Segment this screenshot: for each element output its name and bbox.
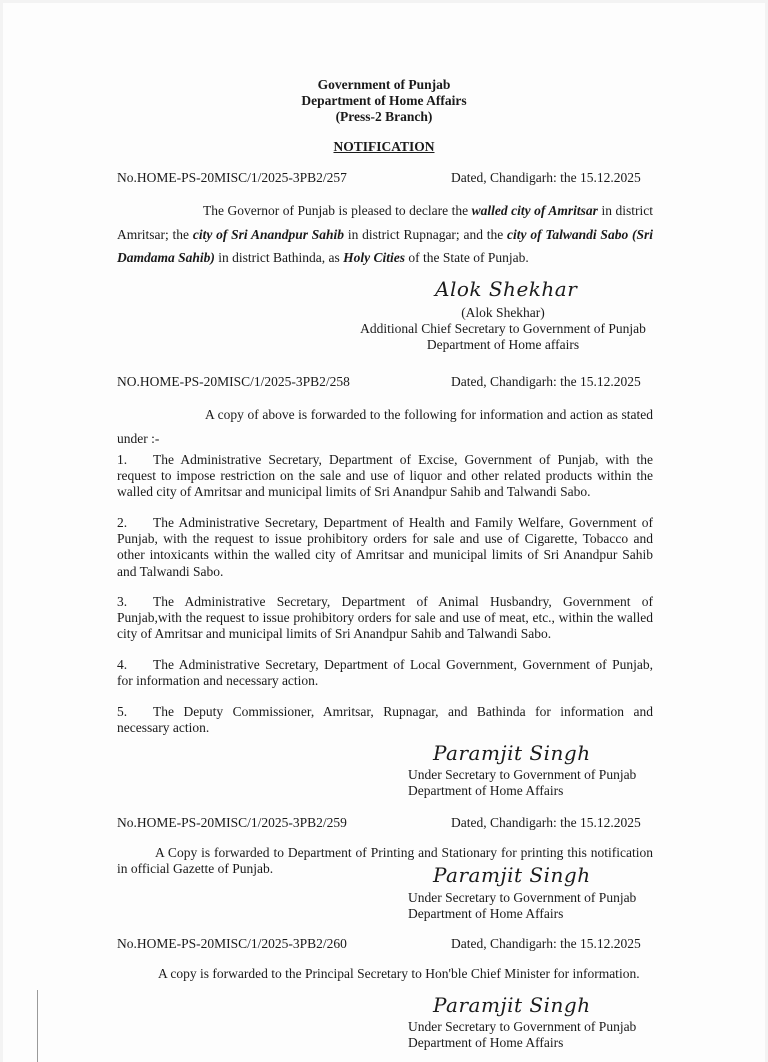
endorsement-258-intro: A copy of above is forwarded to the foll… <box>117 403 653 450</box>
date-259: Dated, Chandigarh: the 15.12.2025 <box>451 815 641 831</box>
item-number: 5. <box>117 704 153 720</box>
body-text: of the State of Punjab. <box>405 250 529 265</box>
item-text: The Deputy Commissioner, Amritsar, Rupna… <box>117 704 653 735</box>
item-number: 3. <box>117 594 153 610</box>
ref-number-258: NO.HOME-PS-20MISC/1/2025-3PB2/258 <box>117 374 350 390</box>
letterhead: Government of Punjab Department of Home … <box>3 77 765 125</box>
signatory-block-260: Under Secretary to Government of Punjab … <box>408 1019 636 1051</box>
signatory-department: Department of Home Affairs <box>408 1035 636 1051</box>
list-item: 4.The Administrative Secretary, Departme… <box>117 657 653 689</box>
signatory-title: Under Secretary to Government of Punjab <box>408 767 636 783</box>
item-text: The Administrative Secretary, Department… <box>117 594 653 641</box>
document-page: Government of Punjab Department of Home … <box>3 3 765 1062</box>
signatory-title: Under Secretary to Government of Punjab <box>408 890 636 906</box>
item-text: The Administrative Secretary, Department… <box>117 452 653 499</box>
list-item: 1.The Administrative Secretary, Departme… <box>117 452 653 501</box>
signatory-block-259: Under Secretary to Government of Punjab … <box>408 890 636 922</box>
signatory-name: (Alok Shekhar) <box>343 305 663 321</box>
body-text: The Governor of Punjab is pleased to dec… <box>203 203 472 218</box>
signature-under-secretary: Paramjit Singh <box>433 863 591 887</box>
signature-under-secretary: Paramjit Singh <box>433 741 591 765</box>
signatory-title: Additional Chief Secretary to Government… <box>343 321 663 337</box>
date-258: Dated, Chandigarh: the 15.12.2025 <box>451 374 641 390</box>
item-text: The Administrative Secretary, Department… <box>117 657 653 688</box>
signature-under-secretary: Paramjit Singh <box>433 993 591 1017</box>
item-text: The Administrative Secretary, Department… <box>117 515 653 579</box>
body-text: in district Rupnagar; and the <box>344 227 507 242</box>
signatory-block-257: (Alok Shekhar) Additional Chief Secretar… <box>343 305 663 353</box>
letterhead-government: Government of Punjab <box>3 77 765 93</box>
signatory-department: Department of Home Affairs <box>408 783 636 799</box>
signatory-department: Department of Home Affairs <box>408 906 636 922</box>
item-number: 4. <box>117 657 153 673</box>
signatory-department: Department of Home affairs <box>343 337 663 353</box>
signatory-block-258: Under Secretary to Government of Punjab … <box>408 767 636 799</box>
ref-number-259: No.HOME-PS-20MISC/1/2025-3PB2/259 <box>117 815 347 831</box>
letterhead-branch: (Press-2 Branch) <box>3 109 765 125</box>
list-item: 2.The Administrative Secretary, Departme… <box>117 515 653 580</box>
endorsement-260-body: A copy is forwarded to the Principal Sec… <box>158 966 678 982</box>
notification-body: The Governor of Punjab is pleased to dec… <box>117 199 653 270</box>
letterhead-department: Department of Home Affairs <box>3 93 765 109</box>
item-number: 2. <box>117 515 153 531</box>
body-emphasis: walled city of Amritsar <box>472 203 598 218</box>
ref-number-260: No.HOME-PS-20MISC/1/2025-3PB2/260 <box>117 936 347 952</box>
document-title: NOTIFICATION <box>3 139 765 155</box>
body-emphasis: city of Sri Anandpur Sahib <box>193 227 344 242</box>
body-text: in district Bathinda, as <box>215 250 343 265</box>
page-edge-shadow <box>37 990 38 1062</box>
item-number: 1. <box>117 452 153 468</box>
signature-alok-shekhar: Alok Shekhar <box>435 277 577 301</box>
ref-number-257: No.HOME-PS-20MISC/1/2025-3PB2/257 <box>117 170 347 186</box>
body-emphasis: Holy Cities <box>343 250 405 265</box>
list-item: 3.The Administrative Secretary, Departme… <box>117 594 653 643</box>
signatory-title: Under Secretary to Government of Punjab <box>408 1019 636 1035</box>
date-260: Dated, Chandigarh: the 15.12.2025 <box>451 936 641 952</box>
list-item: 5.The Deputy Commissioner, Amritsar, Rup… <box>117 704 653 736</box>
date-257: Dated, Chandigarh: the 15.12.2025 <box>451 170 641 186</box>
